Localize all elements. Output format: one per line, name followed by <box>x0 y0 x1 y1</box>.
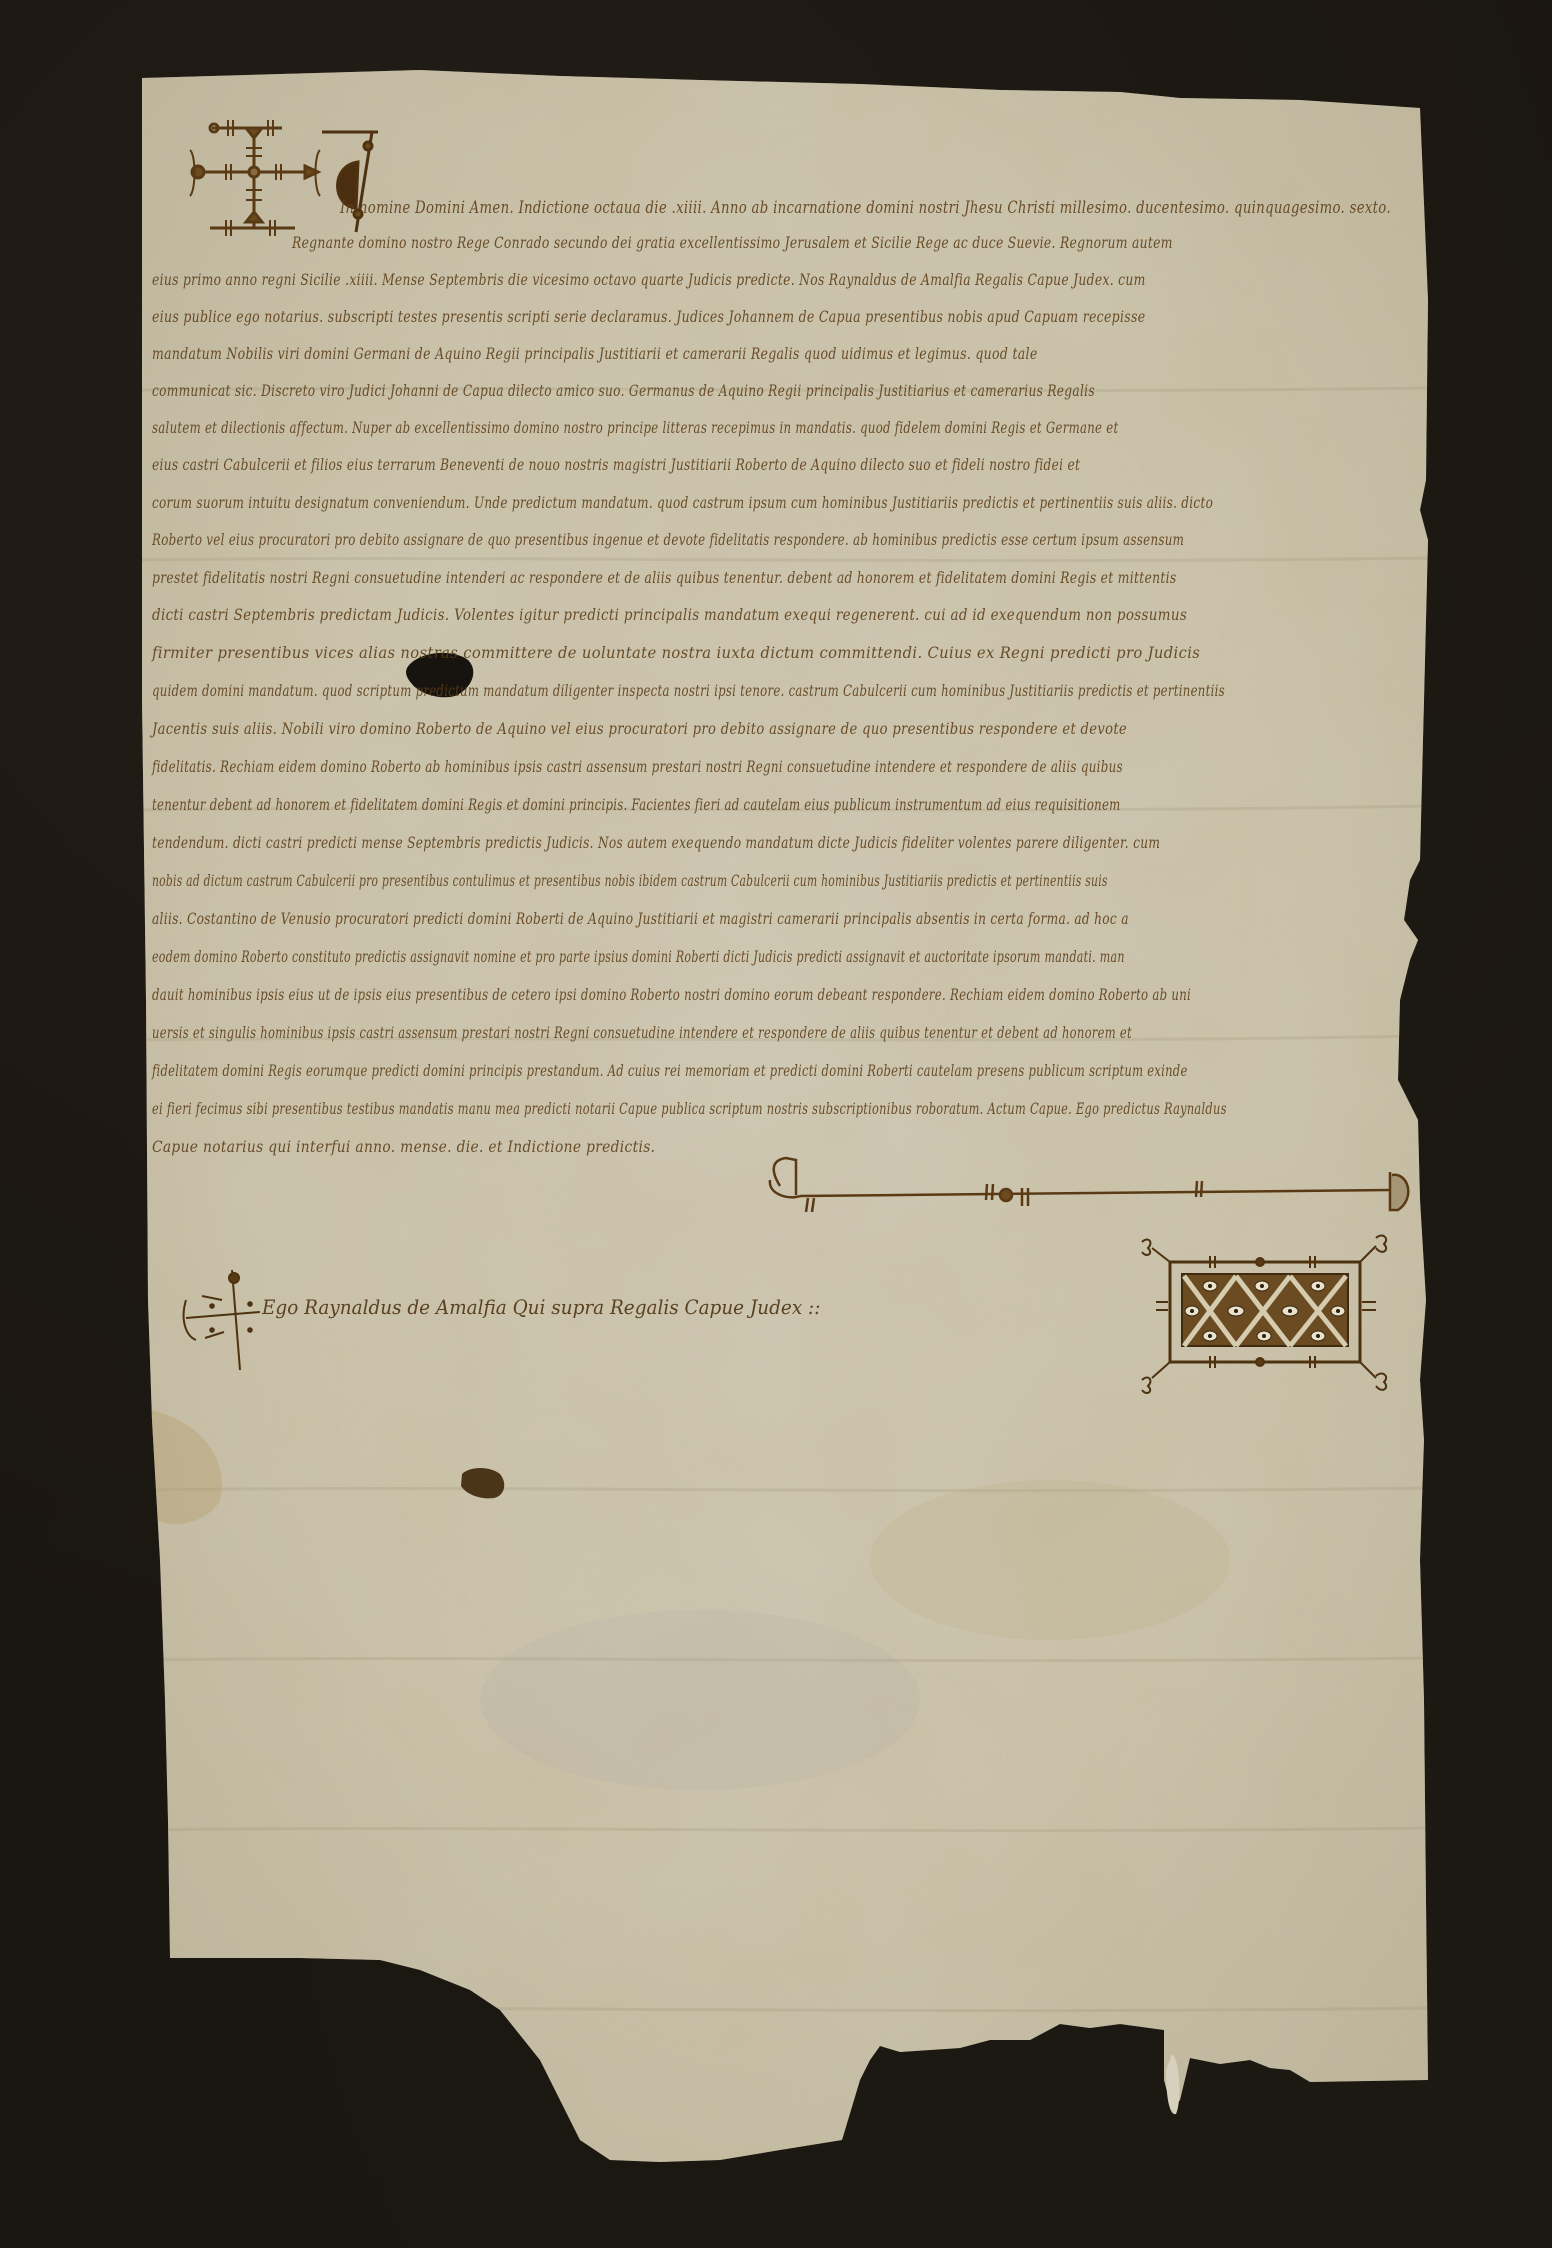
text-line-1: In nomine Domini Amen. Indictione octaua… <box>340 198 1391 218</box>
text-line-13: firmiter presentibus vices alias nostras… <box>152 643 1200 662</box>
text-line-10: Roberto vel eius procuratori pro debito … <box>152 530 1184 549</box>
text-line-21: eodem domino Roberto constituto predicti… <box>152 947 1125 966</box>
text-line-3: eius primo anno regni Sicilie .xiiii. Me… <box>152 270 1146 289</box>
text-line-19: nobis ad dictum castrum Cabulcerii pro p… <box>152 871 1108 890</box>
text-line-2: Regnante domino nostro Rege Conrado secu… <box>292 233 1173 252</box>
text-line-24: fidelitatem domini Regis eorumque predic… <box>152 1061 1188 1080</box>
text-line-20: aliis. Costantino de Venusio procuratori… <box>152 909 1129 928</box>
charter-body-text: In nomine Domini Amen. Indictione octaua… <box>150 0 1420 1240</box>
text-line-14: quidem domini mandatum. quod scriptum pr… <box>152 681 1225 700</box>
text-line-18: tendendum. dicti castri predicti mense S… <box>152 833 1160 852</box>
text-line-6: communicat sic. Discreto viro Judici Joh… <box>152 381 1095 400</box>
text-line-8: eius castri Cabulcerii et filios eius te… <box>152 455 1080 474</box>
text-line-26: Capue notarius qui interfui anno. mense.… <box>152 1137 655 1156</box>
text-line-9: corum suorum intuitu designatum convenie… <box>152 493 1213 512</box>
text-line-23: uersis et singulis hominibus ipsis castr… <box>152 1023 1132 1042</box>
text-line-11: prestet fidelitatis nostri Regni consuet… <box>152 568 1177 587</box>
text-line-17: tenentur debent ad honorem et fidelitate… <box>152 795 1121 814</box>
judge-subscription: Ego Raynaldus de Amalfia Qui supra Regal… <box>262 1295 820 1319</box>
text-line-4: eius publice ego notarius. subscripti te… <box>152 307 1145 326</box>
text-line-15: Jacentis suis aliis. Nobili viro domino … <box>152 719 1127 738</box>
text-line-12: dicti castri Septembris predictam Judici… <box>152 605 1187 624</box>
text-line-25: ei fieri fecimus sibi presentibus testib… <box>152 1099 1227 1118</box>
text-line-7: salutem et dilectionis affectum. Nuper a… <box>152 418 1118 437</box>
text-line-5: mandatum Nobilis viri domini Germani de … <box>152 344 1038 363</box>
text-line-22: dauit hominibus ipsis eius ut de ipsis e… <box>152 985 1191 1004</box>
text-line-16: fidelitatis. Rechiam eidem domino Robert… <box>152 757 1123 776</box>
